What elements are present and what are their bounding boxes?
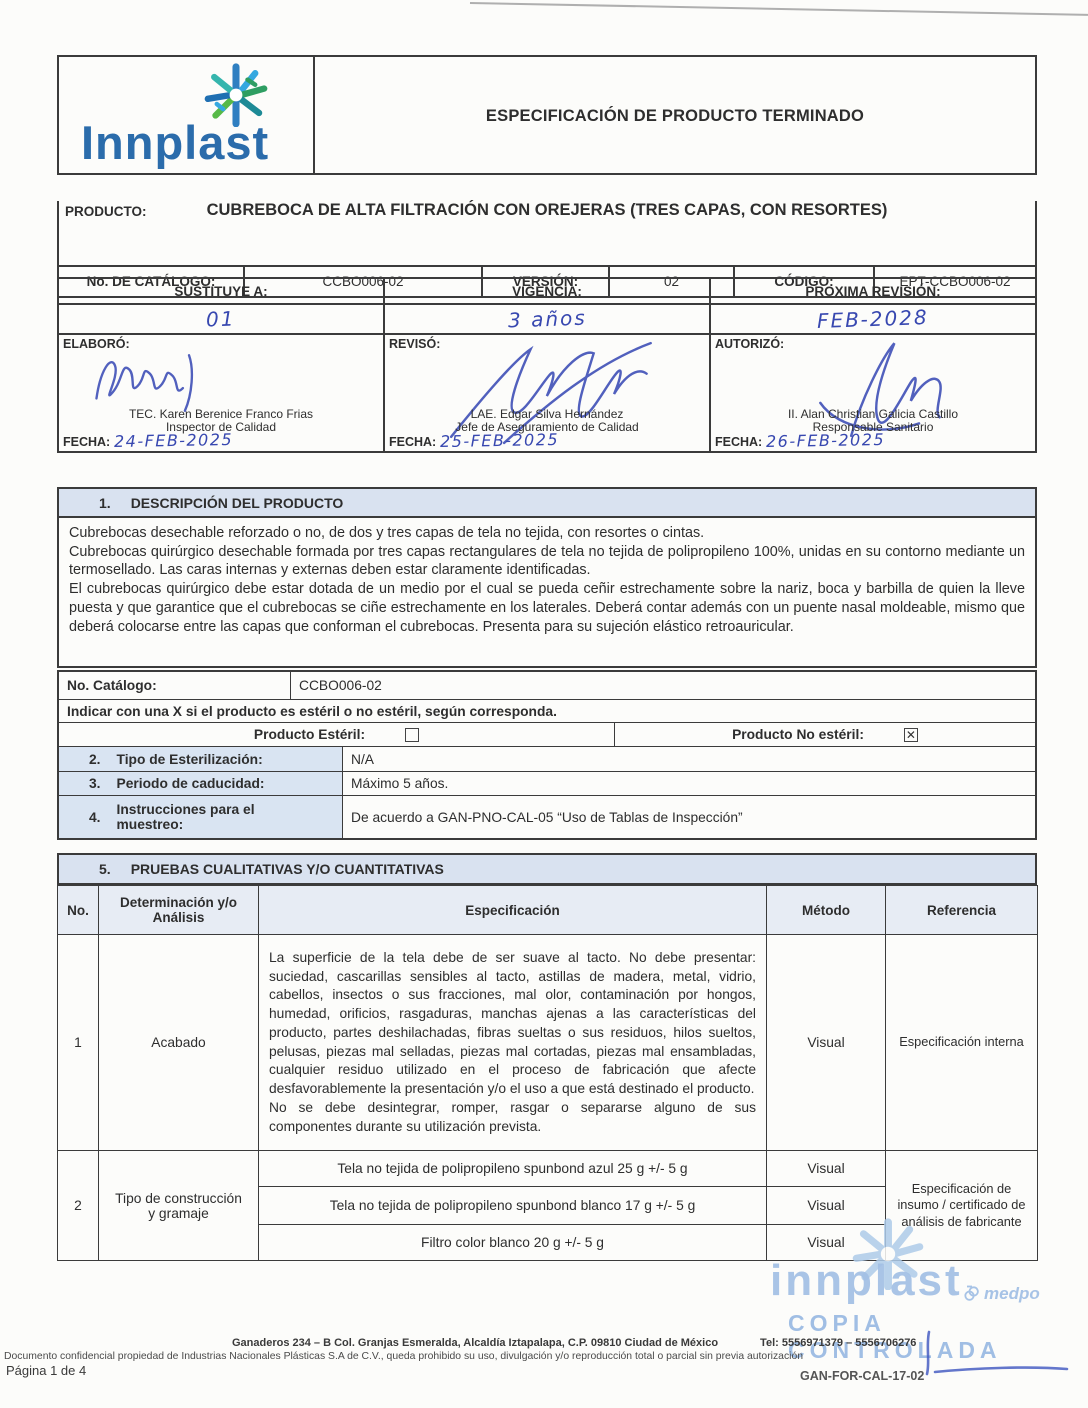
acabado-spec-paragraph-1: La superficie de la tela debe de ser sua… [269, 949, 756, 1099]
footer-doc-code: GAN-FOR-CAL-17-02 [800, 1369, 924, 1383]
col-header-metodo: Método [767, 886, 886, 935]
product-name: CUBREBOCA DE ALTA FILTRACIÓN CON OREJERA… [59, 201, 1035, 220]
test-row-construccion-sub1: 2 Tipo de construcción y gramaje Tela no… [58, 1151, 1038, 1187]
no-esteril-checkbox-checked[interactable]: ✕ [904, 728, 918, 742]
acabado-metodo: Visual [767, 935, 886, 1151]
description-paragraph-3: El cubrebocas quirúrgico debe estar dota… [69, 580, 1025, 636]
construccion-spec-azul: Tela no tejida de polipropileno spunbond… [259, 1151, 767, 1187]
tests-table: No. Determinación y/o Análisis Especific… [57, 885, 1038, 1261]
section5-title: PRUEBAS CUALITATIVAS Y/O CUANTITATIVAS [111, 861, 444, 877]
footer-page-number: Página 1 de 4 [6, 1363, 86, 1378]
approval-table: SUSTITUYE A: VIGENCIA: PROXIMA REVISIÓN:… [57, 277, 1037, 453]
producto-row: PRODUCTO: CUBREBOCA DE ALTA FILTRACIÓN C… [57, 201, 1037, 267]
tests-header-row: No. Determinación y/o Análisis Especific… [58, 886, 1038, 935]
medpo-glyph-icon [962, 1284, 982, 1304]
autorizo-cell: AUTORIZÓ: II. Alan Christian Galicia Cas… [709, 335, 1035, 451]
elaboro-label: ELABORÓ: [63, 337, 130, 351]
tipo-esterilizacion-label-cell: 2. Tipo de Esterilización: [59, 747, 342, 771]
autorizo-fecha-value-handwritten: 26-FEB-2025 [766, 430, 885, 451]
sustituye-header: SUSTITUYE A: [59, 279, 383, 303]
construccion-no: 2 [58, 1151, 99, 1261]
logo-cell: Innplast [59, 57, 315, 173]
document-page: Innplast ESPECIFICACIÓN DE PRODUCTO TERM… [0, 0, 1088, 1408]
stamp-innplast-text: innplast [770, 1256, 963, 1306]
autorizo-fecha-label: FECHA: [715, 435, 762, 449]
footer-address: Ganaderos 234 – B Col. Granjas Esmeralda… [232, 1337, 718, 1349]
row4-number: 4. [89, 810, 101, 825]
reviso-cell: REVISÓ: LAE. Edgar Silva Hernández Jefe … [383, 335, 709, 451]
description-paragraph-1: Cubrebocas desechable reforzado o no, de… [69, 524, 1025, 543]
instrucciones-muestreo-label-cell: 4. Instrucciones para el muestreo: [59, 796, 342, 838]
info-table: No. Catálogo: CCBO006-02 Indicar con una… [57, 670, 1037, 840]
section5-heading-band: 5. PRUEBAS CUALITATIVAS Y/O CUANTITATIVA… [57, 853, 1037, 885]
construccion-metodo-2: Visual [767, 1187, 886, 1225]
acabado-especificacion: La superficie de la tela debe de ser sua… [259, 935, 767, 1151]
test-row-acabado: 1 Acabado La superficie de la tela debe … [58, 935, 1038, 1151]
col-header-especificacion: Especificación [259, 886, 767, 935]
periodo-caducidad-value: Máximo 5 años. [342, 772, 1035, 795]
row2-number: 2. [89, 752, 101, 767]
producto-no-esteril-label: Producto No estéril: [732, 727, 864, 742]
construccion-spec-filtro: Filtro color blanco 20 g +/- 5 g [259, 1225, 767, 1261]
section1-title: DESCRIPCIÓN DEL PRODUCTO [111, 495, 344, 511]
reviso-fecha-label: FECHA: [389, 435, 436, 449]
col-header-no: No. [58, 886, 99, 935]
tipo-esterilizacion-value: N/A [342, 747, 1035, 771]
reviso-label: REVISÓ: [389, 337, 440, 351]
autorizo-name: II. Alan Christian Galicia Castillo [711, 407, 1035, 421]
vigencia-header: VIGENCIA: [383, 279, 709, 303]
tipo-esterilizacion-label: Tipo de Esterilización: [117, 752, 263, 767]
proxima-revision-value-handwritten: FEB-2028 [817, 305, 929, 333]
elaboro-name: TEC. Karen Berenice Franco Frias [59, 407, 383, 421]
elaboro-fecha-value-handwritten: 24-FEB-2025 [114, 430, 233, 451]
producto-label: PRODUCTO: [65, 204, 147, 219]
proxima-revision-header: PROXIMA REVISIÓN: [709, 279, 1035, 303]
no-catalogo-value: CCBO006-02 [290, 672, 1035, 699]
construccion-determinacion: Tipo de construcción y gramaje [99, 1151, 259, 1261]
producto-esteril-cell: Producto Estéril: [59, 723, 614, 746]
col-header-referencia: Referencia [886, 886, 1038, 935]
sustituye-value-handwritten: 01 [206, 306, 236, 331]
construccion-spec-blanco: Tela no tejida de polipropileno spunbond… [259, 1187, 767, 1225]
producto-no-esteril-cell: Producto No estéril: ✕ [614, 723, 1035, 746]
medpo-logo: medpo [962, 1284, 1040, 1304]
section1-heading-band: 1. DESCRIPCIÓN DEL PRODUCTO [57, 487, 1037, 518]
periodo-caducidad-label-cell: 3. Periodo de caducidad: [59, 772, 342, 795]
reviso-name: LAE. Edgar Silva Hernández [385, 407, 709, 421]
indicar-instruction: Indicar con una X si el producto es esté… [59, 700, 1035, 722]
description-paragraph-2: Cubrebocas quirúrgico desechable formada… [69, 543, 1025, 580]
construccion-metodo-1: Visual [767, 1151, 886, 1187]
elaboro-fecha-label: FECHA: [63, 435, 110, 449]
vigencia-value-handwritten: 3 años [507, 306, 586, 333]
no-catalogo-label: No. Catálogo: [59, 672, 290, 699]
product-description: Cubrebocas desechable reforzado o no, de… [57, 517, 1037, 668]
footer-tel: Tel: 5556971379 – 5556706276 [760, 1337, 916, 1349]
acabado-referencia: Especificación interna [886, 935, 1038, 1151]
construccion-referencia: Especificación de insumo / certificado d… [886, 1151, 1038, 1261]
document-header: Innplast ESPECIFICACIÓN DE PRODUCTO TERM… [57, 55, 1037, 298]
footer-address-line: Ganaderos 234 – B Col. Granjas Esmeralda… [232, 1337, 1052, 1349]
instrucciones-muestreo-value: De acuerdo a GAN-PNO-CAL-05 “Uso de Tabl… [342, 796, 1035, 838]
periodo-caducidad-label: Periodo de caducidad: [117, 776, 265, 791]
scan-artifact-line [470, 2, 1088, 16]
reviso-fecha-value-handwritten: 25-FEB-2025 [440, 430, 559, 451]
section1-number: 1. [59, 495, 111, 511]
footer-confidential: Documento confidencial propiedad de Indu… [4, 1351, 1064, 1362]
producto-esteril-label: Producto Estéril: [254, 727, 365, 742]
esteril-checkbox-unchecked[interactable] [405, 728, 419, 742]
document-title: ESPECIFICACIÓN DE PRODUCTO TERMINADO [315, 57, 1035, 173]
acabado-spec-paragraph-2: No se debe desintegrar, romper, rasgar o… [269, 1099, 756, 1137]
autorizo-label: AUTORIZÓ: [715, 337, 784, 351]
acabado-no: 1 [58, 935, 99, 1151]
instrucciones-muestreo-label: Instrucciones para el muestreo: [117, 802, 297, 832]
elaboro-cell: ELABORÓ: TEC. Karen Berenice Franco Fria… [59, 335, 383, 451]
acabado-determinacion: Acabado [99, 935, 259, 1151]
innplast-logo-text: Innplast [81, 115, 269, 170]
section5-number: 5. [59, 861, 111, 877]
row3-number: 3. [89, 776, 101, 791]
medpo-text: medpo [984, 1284, 1040, 1304]
col-header-determinacion: Determinación y/o Análisis [99, 886, 259, 935]
